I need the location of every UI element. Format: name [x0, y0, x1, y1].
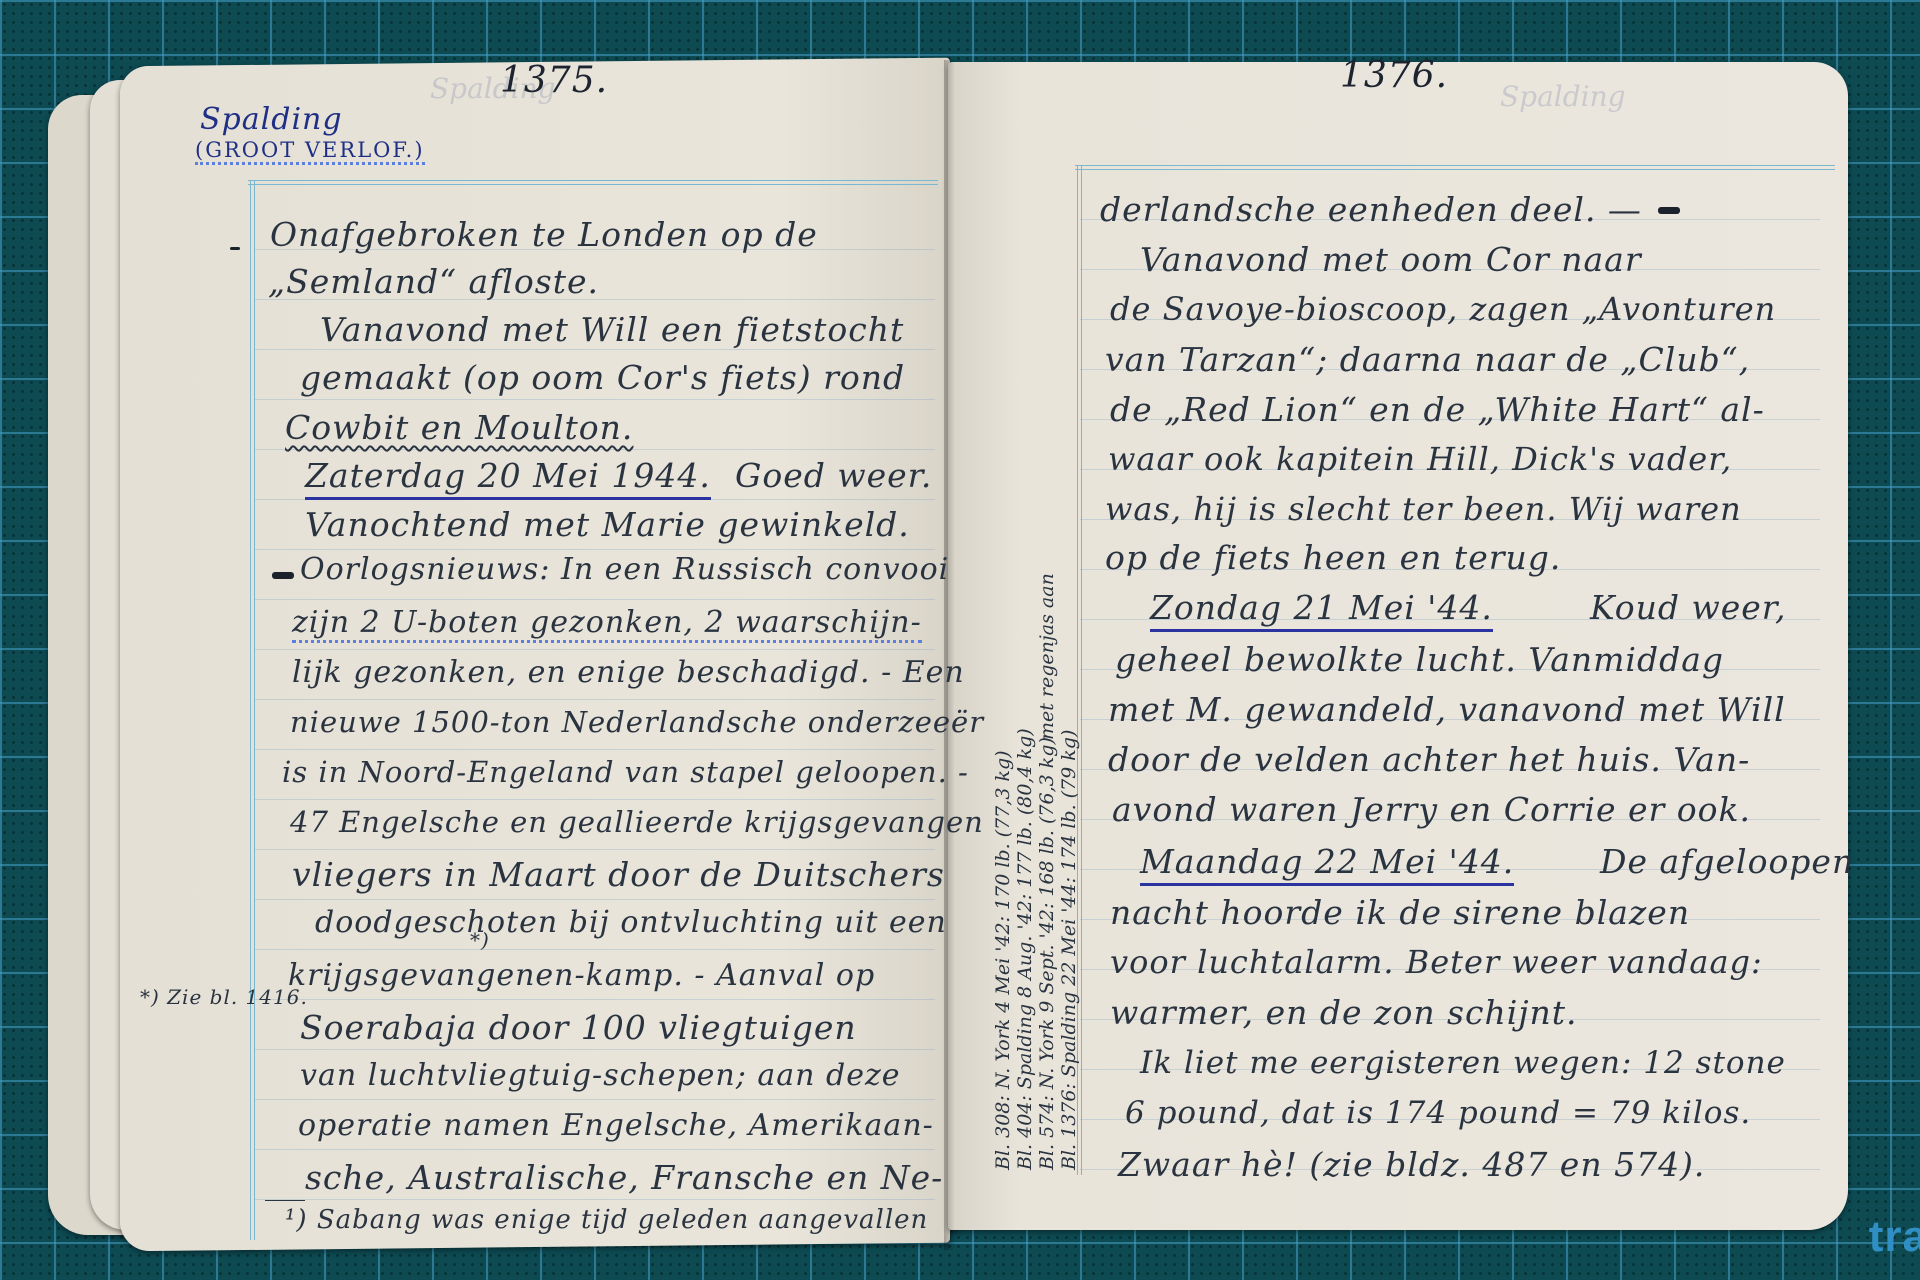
diary-line: Vanavond met oom Cor naar: [1140, 240, 1642, 279]
weight-log-row: Bl. 1376: Spalding 22 Mei '44: 174 lb. (…: [1058, 728, 1080, 1170]
diary-line: Onafgebroken te Londen op de: [270, 215, 818, 254]
diary-line: door de velden achter het huis. Van-: [1108, 740, 1750, 779]
diary-line: nacht hoorde ik de sirene blazen: [1110, 893, 1690, 932]
paragraph-dash-mark: [230, 247, 240, 250]
diary-line: van Tarzan“; daarna naar de „Club“,: [1105, 340, 1750, 379]
diary-line: Koud weer,: [1590, 588, 1786, 627]
header-place: Spalding: [200, 102, 343, 137]
show-through-text: Spalding: [1500, 80, 1626, 113]
weight-log-row: Bl. 574: N. York 9 Sept. '42: 168 lb. (7…: [1036, 728, 1058, 1170]
paragraph-dash-mark: [1658, 207, 1680, 214]
diary-line: gemaakt (op oom Cor's fiets) rond: [300, 358, 905, 397]
weight-log-row: Bl. 308: N. York 4 Mei '42: 170 lb. (77,…: [992, 728, 1014, 1170]
open-diary-notebook: Spalding Spalding 1375. Spalding (GROOT …: [0, 0, 1920, 1280]
diary-line: Vanavond met Will een fietstocht: [320, 310, 904, 349]
diary-line: van luchtvliegtuig-schepen; aan deze: [300, 1058, 901, 1093]
right-page-number: 1376.: [1340, 55, 1448, 96]
diary-line: geheel bewolkte lucht. Vanmiddag: [1115, 640, 1724, 679]
footnote-separator: [265, 1200, 305, 1201]
entry-date-heading: Zaterdag 20 Mei 1944.: [305, 456, 711, 500]
footnote-line: ¹) Sabang was enige tijd geleden aangeva…: [285, 1205, 928, 1235]
diary-line: derlandsche eenheden deel. —: [1100, 190, 1642, 229]
diary-line: Ik liet me eergisteren wegen: 12 stone: [1140, 1045, 1786, 1081]
diary-line: lijk gezonken, en enige beschadigd. - Ee…: [292, 655, 965, 690]
diary-line: 6 pound, dat is 174 pound = 79 kilos.: [1125, 1095, 1751, 1131]
weight-log-row: Bl. 404: Spalding 8 Aug. '42: 177 lb. (8…: [1014, 728, 1036, 1170]
entry-date-heading: Zondag 21 Mei '44.: [1150, 588, 1493, 632]
diary-line: de „Red Lion“ en de „White Hart“ al-: [1110, 390, 1765, 429]
diary-line: de Savoye-bioscoop, zagen „Avonturen: [1110, 290, 1776, 328]
diary-line: Oorlogsnieuws: In een Russisch convooi: [300, 552, 949, 587]
diary-line: vliegers in Maart door de Duitschers: [292, 855, 945, 894]
weight-log-remark: met regenjas aan: [1036, 573, 1058, 740]
diary-line: 47 Engelsche en geallieerde krijgsgevang…: [290, 805, 984, 839]
diary-line: Zwaar hè! (zie bldz. 487 en 574).: [1118, 1145, 1705, 1184]
diary-line-pencil-underlined: zijn 2 U-boten gezonken, 2 waarschijn-: [292, 605, 922, 643]
diary-line: operatie namen Engelsche, Amerikaan-: [298, 1108, 934, 1143]
diary-line: op de fiets heen en terug.: [1105, 538, 1561, 577]
diary-line: „Semland“ afloste.: [268, 262, 599, 301]
entry-date-heading: Maandag 22 Mei '44.: [1140, 842, 1514, 886]
left-page-number: 1375.: [500, 60, 608, 101]
paragraph-dash-mark: [272, 572, 294, 579]
diary-line: is in Noord-Engeland van stapel geloopen…: [282, 755, 969, 789]
diary-line-underlined: Cowbit en Moulton.: [285, 408, 633, 447]
header-label: (GROOT VERLOF.): [195, 138, 425, 165]
footnote-asterisk-mark: *): [470, 928, 490, 952]
right-top-margin-line: [1075, 165, 1835, 170]
diary-line: met M. gewandeld, vanavond met Will: [1108, 690, 1786, 729]
diary-line: voor luchtalarm. Beter weer vandaag:: [1110, 943, 1763, 981]
diary-line: sche, Australische, Fransche en Ne-: [305, 1158, 943, 1197]
diary-line: Goed weer.: [735, 456, 932, 495]
diary-line: nieuwe 1500-ton Nederlandsche onderzeeër: [290, 705, 984, 739]
left-margin-line: [250, 180, 255, 1240]
diary-line: avond waren Jerry en Corrie er ook.: [1112, 790, 1751, 829]
left-top-margin-line: [248, 180, 938, 185]
diary-line: De afgeloopen: [1600, 842, 1854, 881]
diary-line: doodgeschoten bij ontvluchting uit een: [315, 905, 947, 940]
diary-line: Vanochtend met Marie gewinkeld.: [305, 505, 910, 544]
diary-line: warmer, en de zon schijnt.: [1110, 993, 1578, 1032]
diary-line: waar ook kapitein Hill, Dick's vader,: [1108, 440, 1732, 478]
diary-line: Soerabaja door 100 vliegtuigen: [300, 1008, 857, 1047]
diary-line: was, hij is slecht ter been. Wij waren: [1105, 490, 1742, 528]
diary-line: krijgsgevangenen-kamp. - Aanval op: [288, 958, 875, 993]
margin-reference-note: *) Zie bl. 1416.: [140, 985, 308, 1009]
vertical-weight-log: Bl. 308: N. York 4 Mei '42: 170 lb. (77,…: [992, 728, 1080, 1170]
